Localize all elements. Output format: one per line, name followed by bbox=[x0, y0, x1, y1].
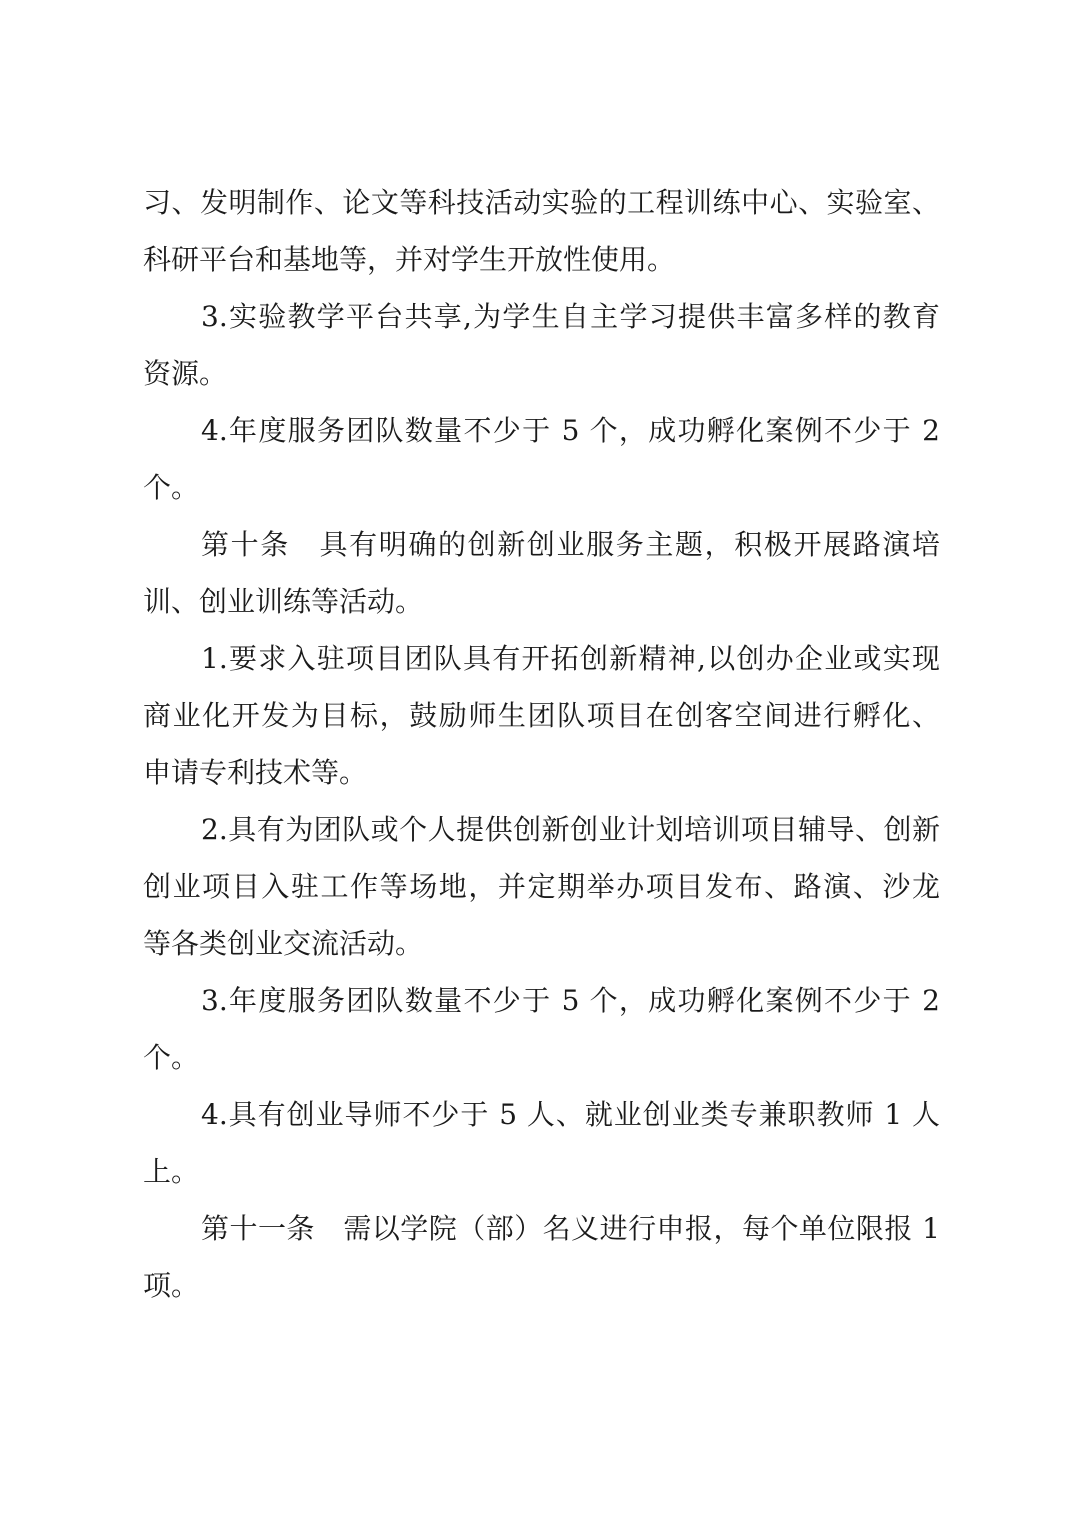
text-line-article-10: 第十条 具有明确的创新创业服务主题，积极开展路演培 bbox=[143, 516, 940, 573]
text-line: 资源。 bbox=[143, 345, 940, 402]
text-line: 等各类创业交流活动。 bbox=[143, 915, 940, 972]
text-line: 4.年度服务团队数量不少于 5 个，成功孵化案例不少于 2 bbox=[143, 402, 940, 459]
text-line: 3.实验教学平台共享,为学生自主学习提供丰富多样的教育 bbox=[143, 288, 940, 345]
text-line: 项。 bbox=[143, 1257, 940, 1314]
text-line: 习、发明制作、论文等科技活动实验的工程训练中心、实验室、 bbox=[143, 174, 940, 231]
text-line: 创业项目入驻工作等场地，并定期举办项目发布、路演、沙龙 bbox=[143, 858, 940, 915]
text-line: 上。 bbox=[143, 1143, 940, 1200]
text-line: 个。 bbox=[143, 1029, 940, 1086]
text-line: 商业化开发为目标，鼓励师生团队项目在创客空间进行孵化、 bbox=[143, 687, 940, 744]
document-page: 习、发明制作、论文等科技活动实验的工程训练中心、实验室、 科研平台和基地等，并对… bbox=[0, 0, 1080, 1527]
text-line: 训、创业训练等活动。 bbox=[143, 573, 940, 630]
text-line: 科研平台和基地等，并对学生开放性使用。 bbox=[143, 231, 940, 288]
text-line: 个。 bbox=[143, 459, 940, 516]
text-line: 申请专利技术等。 bbox=[143, 744, 940, 801]
text-line: 2.具有为团队或个人提供创新创业计划培训项目辅导、创新 bbox=[143, 801, 940, 858]
document-text-block: 习、发明制作、论文等科技活动实验的工程训练中心、实验室、 科研平台和基地等，并对… bbox=[143, 174, 940, 1314]
text-line-article-11: 第十一条 需以学院（部）名义进行申报，每个单位限报 1 bbox=[143, 1200, 940, 1257]
text-line: 1.要求入驻项目团队具有开拓创新精神,以创办企业或实现 bbox=[143, 630, 940, 687]
text-line: 4.具有创业导师不少于 5 人、就业创业类专兼职教师 1 人以 bbox=[143, 1086, 940, 1143]
text-line: 3.年度服务团队数量不少于 5 个，成功孵化案例不少于 2 bbox=[143, 972, 940, 1029]
